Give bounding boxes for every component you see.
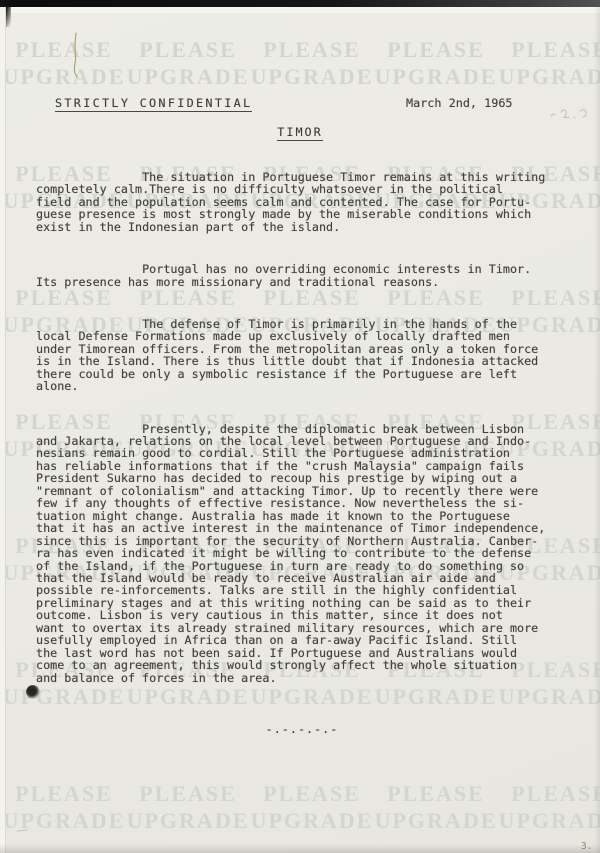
- left-paper-edge: [0, 7, 6, 853]
- paragraph-4: Presently, despite the diplomatic break …: [36, 423, 568, 685]
- pencil-scribble-artifact: [547, 103, 593, 129]
- classification-stamp: STRICTLY CONFIDENTIAL: [55, 96, 252, 110]
- paragraph-2: Portugal has no overriding economic inte…: [36, 263, 568, 288]
- paragraph-1: The situation in Portuguese Timor remain…: [36, 171, 568, 233]
- paragraph-3: The defense of Timor is primarily in the…: [36, 318, 568, 393]
- fiber-scratch-artifact: [69, 32, 83, 82]
- scan-top-border: [0, 0, 600, 7]
- document-body: The situation in Portuguese Timor remain…: [36, 146, 568, 760]
- bottom-edge-shadow: [0, 844, 600, 853]
- end-divider-mark: -.-.-.-.-: [36, 723, 568, 735]
- ink-blot-artifact: [26, 685, 40, 699]
- classification-text: STRICTLY CONFIDENTIAL: [55, 96, 252, 112]
- document-date: March 2nd, 1965: [406, 96, 513, 110]
- document-content: STRICTLY CONFIDENTIAL March 2nd, 1965 TI…: [0, 0, 600, 853]
- paper-page: PLEASEUPGRADEPLEASEUPGRADEPLEASEUPGRADEP…: [0, 0, 600, 853]
- scanned-document-screenshot: { "watermark": { "line1": "PLEASE", "lin…: [0, 0, 600, 853]
- document-title: TIMOR: [0, 125, 600, 139]
- right-edge-shadow: [594, 7, 600, 853]
- top-paper-edge: [0, 7, 600, 13]
- document-title-text: TIMOR: [277, 125, 323, 141]
